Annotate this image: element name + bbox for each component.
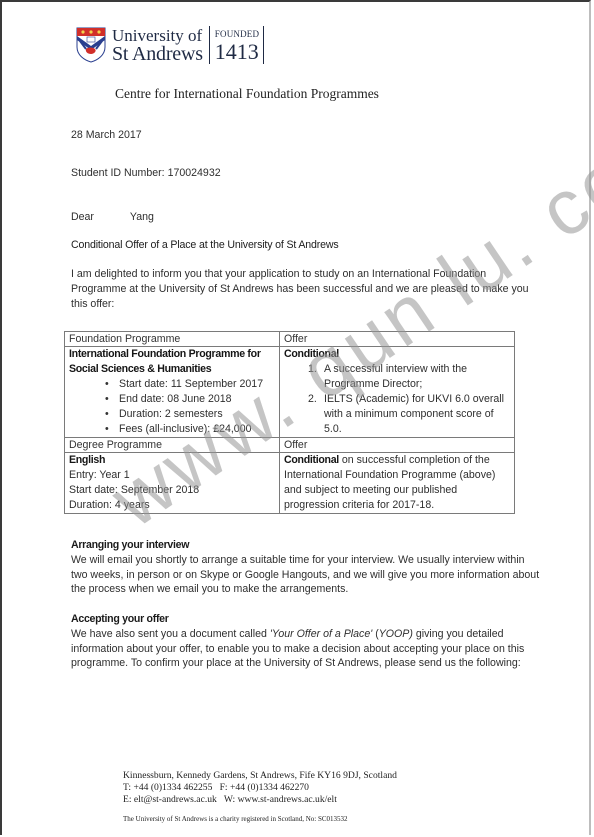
letter-subject: Conditional Offer of a Place at the Univ… [71, 238, 339, 253]
centre-title: Centre for International Foundation Prog… [115, 86, 379, 102]
recipient-name: Yang [130, 211, 154, 223]
list-item: Duration: 2 semesters [105, 407, 275, 422]
foundation-offer-cell: Conditional 1.A successful interview wit… [280, 347, 515, 438]
header-degree-offer: Offer [280, 438, 515, 453]
letter-footer: Kinnessburn, Kennedy Gardens, St Andrews… [123, 770, 397, 823]
header-foundation-programme: Foundation Programme [65, 332, 280, 347]
header-offer: Offer [280, 332, 515, 347]
table-header-row: Foundation Programme Offer [65, 332, 515, 347]
conditions-list: 1.A successful interview with the Progra… [284, 362, 510, 437]
accept-section: Accepting your offer We have also sent y… [71, 612, 543, 671]
student-id-value: 170024932 [168, 167, 221, 179]
footer-address: Kinnessburn, Kennedy Gardens, St Andrews… [123, 770, 397, 782]
foundation-offer-type: Conditional [284, 347, 510, 362]
foundation-details-list: Start date: 11 September 2017 End date: … [69, 377, 275, 437]
interview-title: Arranging your interview [71, 538, 541, 553]
footer-phone: T: +44 (0)1334 462255 F: +44 (0)1334 462… [123, 782, 397, 794]
university-logo: University of St Andrews FOUNDED 1413 [76, 24, 264, 66]
student-id-label: Student ID Number: [71, 167, 165, 179]
interview-body: We will email you shortly to arrange a s… [71, 553, 541, 597]
university-name: University of St Andrews [112, 27, 203, 63]
university-shield-icon [76, 27, 106, 63]
yoop-doc-name: 'Your Offer of a Place' [270, 628, 372, 640]
degree-programme-name: English [69, 453, 275, 468]
table-row-degree: English Entry: Year 1 Start date: Septem… [65, 453, 515, 514]
letter-date: 28 March 2017 [71, 128, 142, 143]
footer-email-web: E: elt@st-andrews.ac.uk W: www.st-andrew… [123, 794, 397, 806]
degree-detail: Duration: 4 years [69, 498, 275, 513]
logo-divider [209, 26, 210, 64]
salutation: Dear Yang [71, 210, 154, 225]
degree-detail: Entry: Year 1 [69, 468, 275, 483]
table-header-row-degree: Degree Programme Offer [65, 438, 515, 453]
header-degree-programme: Degree Programme [65, 438, 280, 453]
footer-charity: The University of St Andrews is a charit… [123, 815, 397, 823]
degree-detail: Start date: September 2018 [69, 483, 275, 498]
logo-divider-right [263, 26, 264, 64]
accept-title: Accepting your offer [71, 612, 543, 627]
list-item: 2.IELTS (Academic) for UKVI 6.0 overall … [308, 392, 510, 437]
table-row-foundation: International Foundation Programme for S… [65, 347, 515, 438]
degree-offer-cell: Conditional on successful completion of … [280, 453, 515, 514]
offer-table: Foundation Programme Offer International… [64, 331, 515, 514]
intro-paragraph: I am delighted to inform you that your a… [71, 267, 531, 311]
list-item: Fees (all-inclusive): £24,000 [105, 422, 275, 437]
list-item: 1.A successful interview with the Progra… [308, 362, 510, 392]
degree-offer-type: Conditional [284, 454, 339, 466]
foundation-programme-name: International Foundation Programme for S… [69, 347, 275, 377]
salutation-word: Dear [71, 211, 94, 223]
accept-body: We have also sent you a document called … [71, 627, 543, 671]
list-item: Start date: 11 September 2017 [105, 377, 275, 392]
yoop-abbr: YOOP) [379, 628, 413, 640]
list-item: End date: 08 June 2018 [105, 392, 275, 407]
degree-programme-cell: English Entry: Year 1 Start date: Septem… [65, 453, 280, 514]
founded-mark: FOUNDED 1413 [215, 27, 259, 63]
student-id: Student ID Number: 170024932 [71, 166, 221, 181]
interview-section: Arranging your interview We will email y… [71, 538, 541, 597]
foundation-programme-cell: International Foundation Programme for S… [65, 347, 280, 438]
